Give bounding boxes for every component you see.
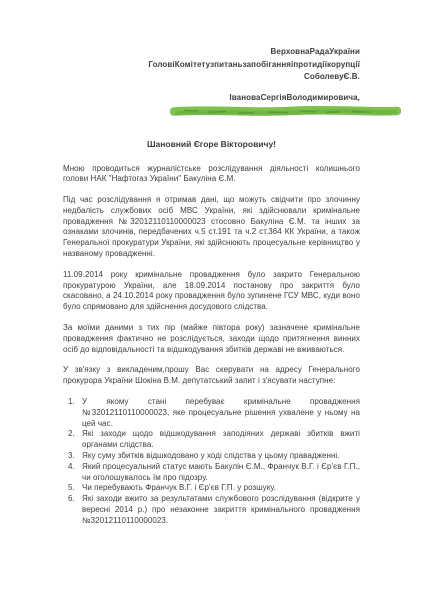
paragraph-4: За моїми даними з тих пір (майже півтора… xyxy=(63,323,360,355)
paragraph-1: Мною проводиться журналістське розслідув… xyxy=(63,164,360,186)
request-item-4: Який процесуальний статус мають Бакулін … xyxy=(63,462,360,484)
redaction-marker xyxy=(63,105,401,118)
paragraph-2: Під час розслідування я отримав дані, що… xyxy=(63,195,360,260)
request-item-3: Яку суму збитків відшкодовано у ході слі… xyxy=(63,451,360,462)
recipient-line-1: ВерховнаРадаУкраїни xyxy=(63,46,360,59)
sender-block: ІвановаСергіяВолодимировича, xyxy=(63,92,360,118)
recipient-line-2: ГоловіКомітетузпитаньзапобіганняіпротиді… xyxy=(63,59,360,72)
recipient-line-3: СоболевуЄ.В. xyxy=(63,71,360,84)
green-marker-icon xyxy=(170,105,401,118)
request-list: У якому стані перебуває кримінальне пров… xyxy=(63,397,360,527)
paragraph-3: 11.09.2014 року кримінальне провадження … xyxy=(63,270,360,313)
recipient-block: ВерховнаРадаУкраїни ГоловіКомітетузпитан… xyxy=(63,46,360,84)
request-item-1: У якому стані перебуває кримінальне пров… xyxy=(63,397,360,429)
letter-page: ВерховнаРадаУкраїни ГоловіКомітетузпитан… xyxy=(0,0,424,600)
paragraph-5: У зв'язку з викладеним,прошу Вас скерува… xyxy=(63,365,360,387)
request-item-5: Чи перебувають Франчук В.Г. і Єр'єв Г.П.… xyxy=(63,483,360,494)
sender-name: ІвановаСергіяВолодимировича, xyxy=(63,92,360,104)
request-item-2: Які заходи щодо відшкодування заподіяних… xyxy=(63,429,360,451)
request-item-6: Які заходи вжито за результатами службов… xyxy=(63,494,360,526)
salutation: Шановний Єгоре Вікторовичу! xyxy=(63,139,360,150)
